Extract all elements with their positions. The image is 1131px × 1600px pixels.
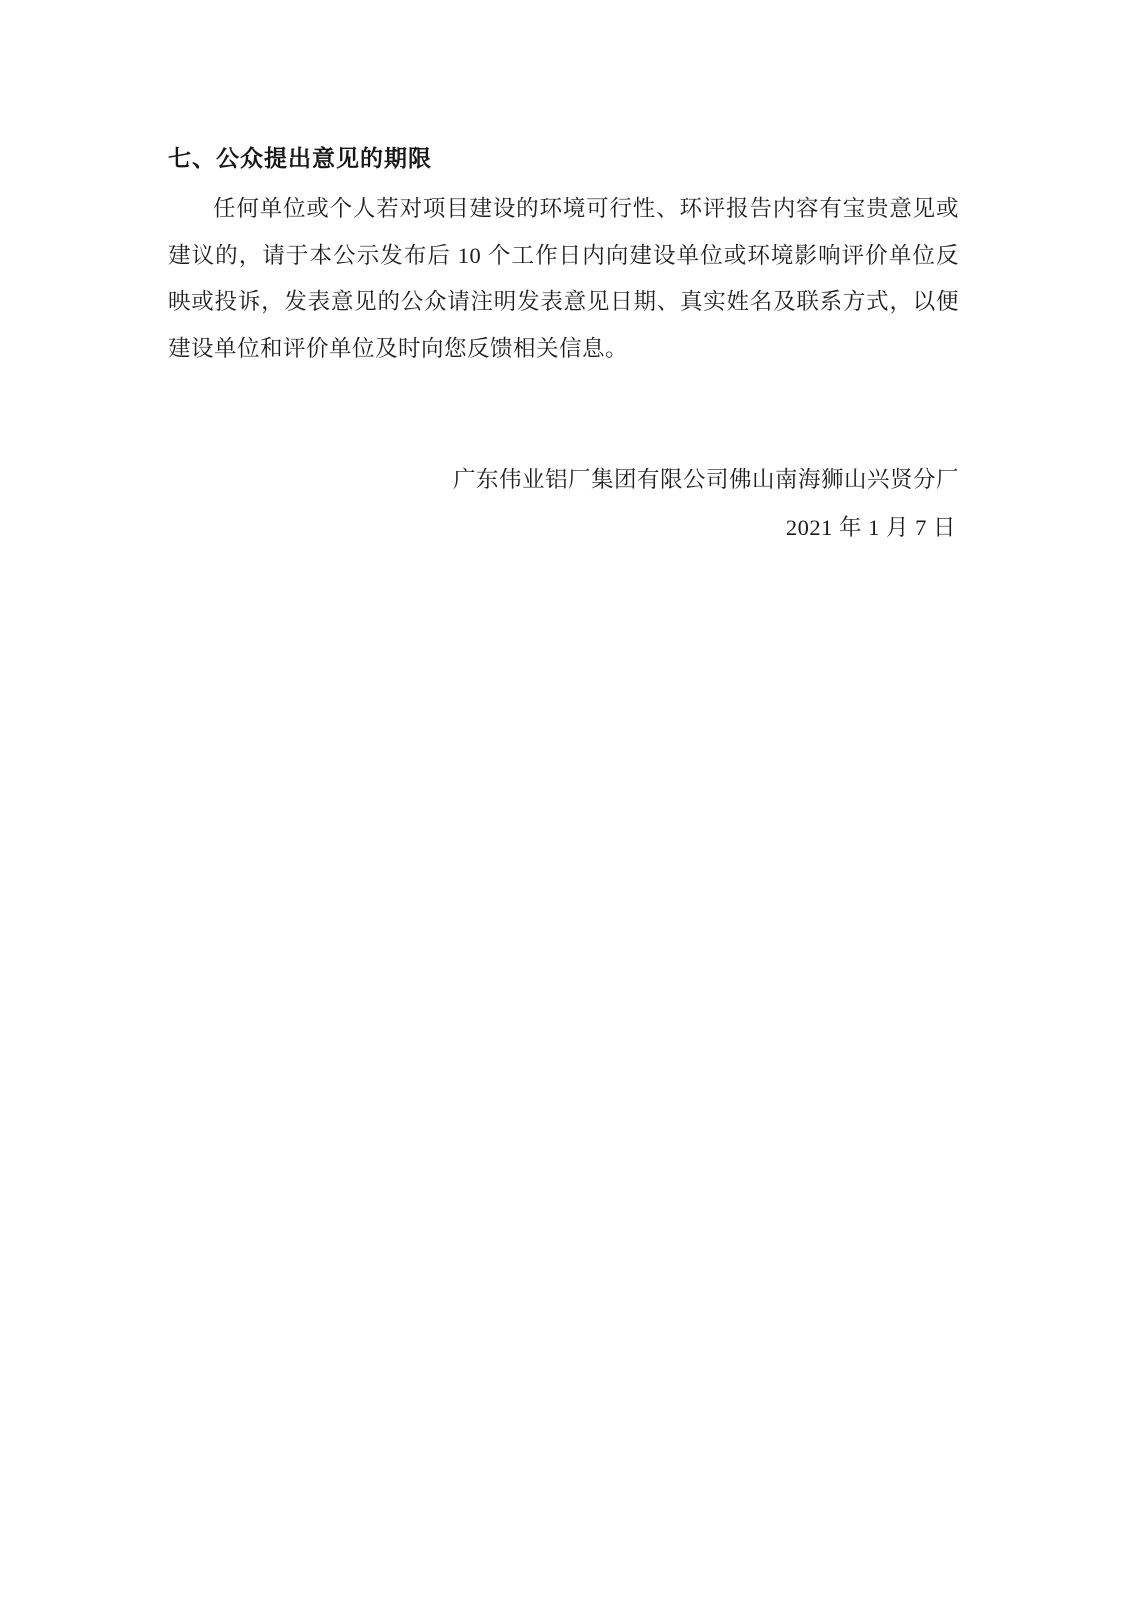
document-content: 七、公众提出意见的期限 任何单位或个人若对项目建设的环境可行性、环评报告内容有宝… [0, 0, 1131, 552]
company-signature: 广东伟业铝厂集团有限公司佛山南海狮山兴贤分厂 [168, 456, 959, 504]
section-heading: 七、公众提出意见的期限 [168, 138, 959, 178]
signature-date: 2021 年 1 月 7 日 [168, 504, 959, 552]
body-paragraph: 任何单位或个人若对项目建设的环境可行性、环评报告内容有宝贵意见或建议的，请于本公… [168, 186, 959, 372]
document-page: 七、公众提出意见的期限 任何单位或个人若对项目建设的环境可行性、环评报告内容有宝… [0, 0, 1131, 1600]
signature-block: 广东伟业铝厂集团有限公司佛山南海狮山兴贤分厂 2021 年 1 月 7 日 [168, 456, 959, 552]
